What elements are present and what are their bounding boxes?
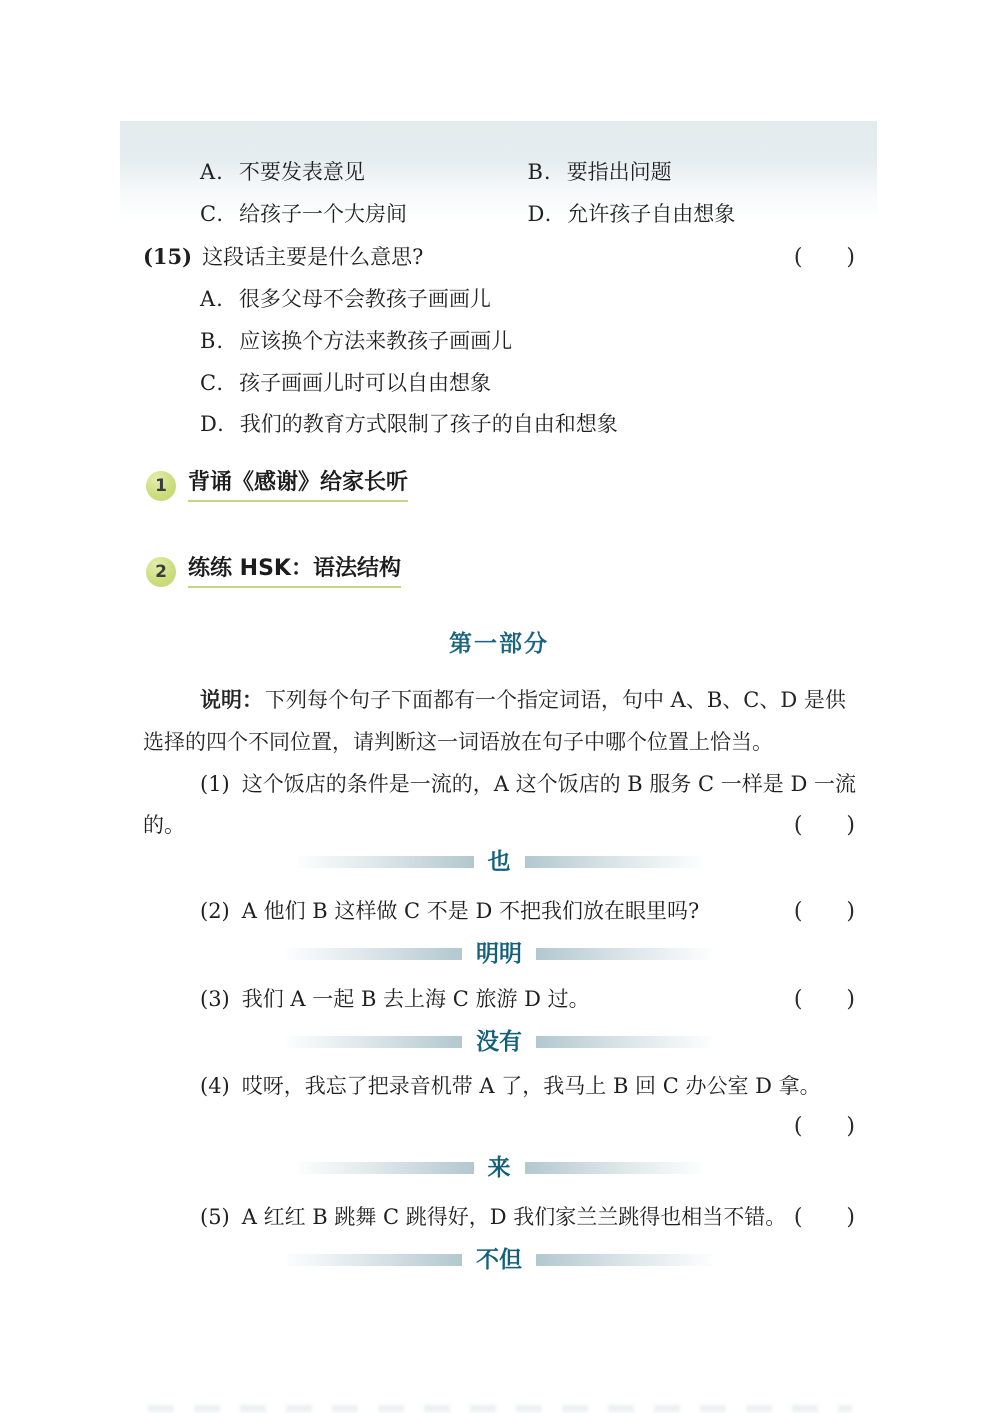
question-stem: 这段话主要是什么意思? xyxy=(202,242,423,272)
gradient-strip-left xyxy=(298,856,474,868)
question-15: (15) 这段话主要是什么意思? ( ) xyxy=(143,242,855,273)
gradient-strip-left xyxy=(286,1254,462,1266)
task-number-badge: 1 xyxy=(146,471,176,501)
option-label: B. xyxy=(528,157,552,187)
cutoff-text-remnant xyxy=(148,1405,852,1412)
exercise-1-line-2: 的。 ( ) xyxy=(143,810,855,841)
question-number: (15) xyxy=(143,242,192,272)
exercise-5: (5) A 红红 B 跳舞 C 跳得好，D 我们家兰兰跳得也相当不错。 ( ) xyxy=(143,1202,855,1233)
keyword: 没有 xyxy=(476,1031,522,1054)
instruction-line-1: 说明： 下列每个句子下面都有一个指定词语，句中 A、B、C、D 是供 xyxy=(143,685,855,715)
gradient-strip-right xyxy=(536,1036,712,1048)
q14-options-row-2: C. 给孩子一个大房间 D. 允许孩子自由想象 xyxy=(143,199,855,229)
task-number: 1 xyxy=(155,476,167,496)
option-text: 要指出问题 xyxy=(567,157,672,187)
option-label: D. xyxy=(528,199,553,229)
keyword: 来 xyxy=(488,1157,511,1180)
keyword: 明明 xyxy=(476,943,522,966)
option-text: 很多父母不会教孩子画画儿 xyxy=(239,284,491,314)
option-text: 给孩子一个大房间 xyxy=(239,199,407,229)
instruction-line-2: 选择的四个不同位置，请判断这一词语放在句子中哪个位置上恰当。 xyxy=(143,727,855,757)
answer-bracket: ( ) xyxy=(794,1112,855,1142)
gradient-strip-right xyxy=(525,1162,701,1174)
task-number: 2 xyxy=(155,562,167,582)
gradient-strip-left xyxy=(286,1036,462,1048)
option-c: C. 给孩子一个大房间 xyxy=(200,199,528,229)
task-number-badge: 2 xyxy=(146,557,176,587)
gradient-strip-left xyxy=(298,1162,474,1174)
q15-option-c: C. 孩子画画儿时可以自由想象 xyxy=(143,368,855,398)
instruction-text: 选择的四个不同位置，请判断这一词语放在句子中哪个位置上恰当。 xyxy=(143,727,773,757)
option-b: B. 要指出问题 xyxy=(528,157,856,187)
task-title: 背诵《感谢》给家长听 xyxy=(188,470,408,502)
keyword-bar-4: 来 xyxy=(143,1152,855,1184)
option-label: A. xyxy=(200,284,224,314)
gradient-strip-right xyxy=(536,948,712,960)
gradient-strip-left xyxy=(286,948,462,960)
answer-bracket: ( ) xyxy=(794,985,855,1015)
option-a: A. 不要发表意见 xyxy=(200,157,528,187)
exercise-text: A 红红 B 跳舞 C 跳得好，D 我们家兰兰跳得也相当不错。 xyxy=(242,1202,787,1232)
option-label: A. xyxy=(200,157,224,187)
answer-bracket: ( ) xyxy=(794,897,855,927)
keyword-bar-2: 明明 xyxy=(143,938,855,970)
exercise-text: A 他们 B 这样做 C 不是 D 不把我们放在眼里吗? xyxy=(242,896,700,926)
option-text: 允许孩子自由想象 xyxy=(567,199,735,229)
q15-option-b: B. 应该换个方法来教孩子画画儿 xyxy=(143,326,855,356)
answer-bracket: ( ) xyxy=(794,243,855,273)
exercise-1-line-1: (1) 这个饭店的条件是一流的，A 这个饭店的 B 服务 C 一样是 D 一流 xyxy=(143,769,855,799)
worksheet-page: A. 不要发表意见 B. 要指出问题 C. 给孩子一个大房间 D. 允许孩子自由… xyxy=(0,0,1000,1413)
option-text: 不要发表意见 xyxy=(239,157,365,187)
keyword: 也 xyxy=(488,851,511,874)
exercise-number: (2) xyxy=(200,896,230,926)
exercise-2: (2) A 他们 B 这样做 C 不是 D 不把我们放在眼里吗? ( ) xyxy=(143,896,855,927)
option-label: B. xyxy=(200,326,224,356)
exercise-text: 这个饭店的条件是一流的，A 这个饭店的 B 服务 C 一样是 D 一流 xyxy=(242,769,856,799)
option-text: 应该换个方法来教孩子画画儿 xyxy=(239,326,512,356)
keyword-bar-1: 也 xyxy=(143,846,855,878)
gradient-strip-right xyxy=(536,1254,712,1266)
answer-bracket: ( ) xyxy=(794,1203,855,1233)
exercise-number: (1) xyxy=(200,769,230,799)
exercise-3: (3) 我们 A 一起 B 去上海 C 旅游 D 过。 ( ) xyxy=(143,984,855,1015)
q14-options-row-1: A. 不要发表意见 B. 要指出问题 xyxy=(143,157,855,187)
answer-bracket: ( ) xyxy=(794,811,855,841)
option-label: D. xyxy=(200,409,225,439)
option-label: C. xyxy=(200,368,224,398)
keyword-bar-3: 没有 xyxy=(143,1026,855,1058)
keyword-bar-5: 不但 xyxy=(143,1244,855,1276)
instruction-text: 下列每个句子下面都有一个指定词语，句中 A、B、C、D 是供 xyxy=(265,685,846,715)
part-heading: 第一部分 xyxy=(143,625,855,658)
task-2: 2 练练 HSK：语法结构 xyxy=(146,556,401,588)
instruction-label: 说明： xyxy=(200,685,263,715)
option-text: 我们的教育方式限制了孩子的自由和想象 xyxy=(240,409,618,439)
task-1: 1 背诵《感谢》给家长听 xyxy=(146,470,408,502)
exercise-4-line-1: (4) 哎呀，我忘了把录音机带 A 了，我马上 B 回 C 办公室 D 拿。 xyxy=(143,1071,855,1101)
option-text: 孩子画画儿时可以自由想象 xyxy=(239,368,491,398)
exercise-number: (3) xyxy=(200,984,230,1014)
exercise-number: (4) xyxy=(200,1071,230,1101)
keyword: 不但 xyxy=(476,1249,522,1272)
task-title: 练练 HSK：语法结构 xyxy=(188,556,401,588)
exercise-text: 我们 A 一起 B 去上海 C 旅游 D 过。 xyxy=(242,984,590,1014)
q15-option-a: A. 很多父母不会教孩子画画儿 xyxy=(143,284,855,314)
exercise-text: 的。 xyxy=(143,810,185,840)
exercise-text: 哎呀，我忘了把录音机带 A 了，我马上 B 回 C 办公室 D 拿。 xyxy=(242,1071,821,1101)
exercise-number: (5) xyxy=(200,1202,230,1232)
exercise-4-bracket-row: ( ) xyxy=(143,1112,855,1142)
gradient-strip-right xyxy=(525,856,701,868)
q15-option-d: D. 我们的教育方式限制了孩子的自由和想象 xyxy=(143,409,855,439)
option-label: C. xyxy=(200,199,224,229)
option-d: D. 允许孩子自由想象 xyxy=(528,199,856,229)
